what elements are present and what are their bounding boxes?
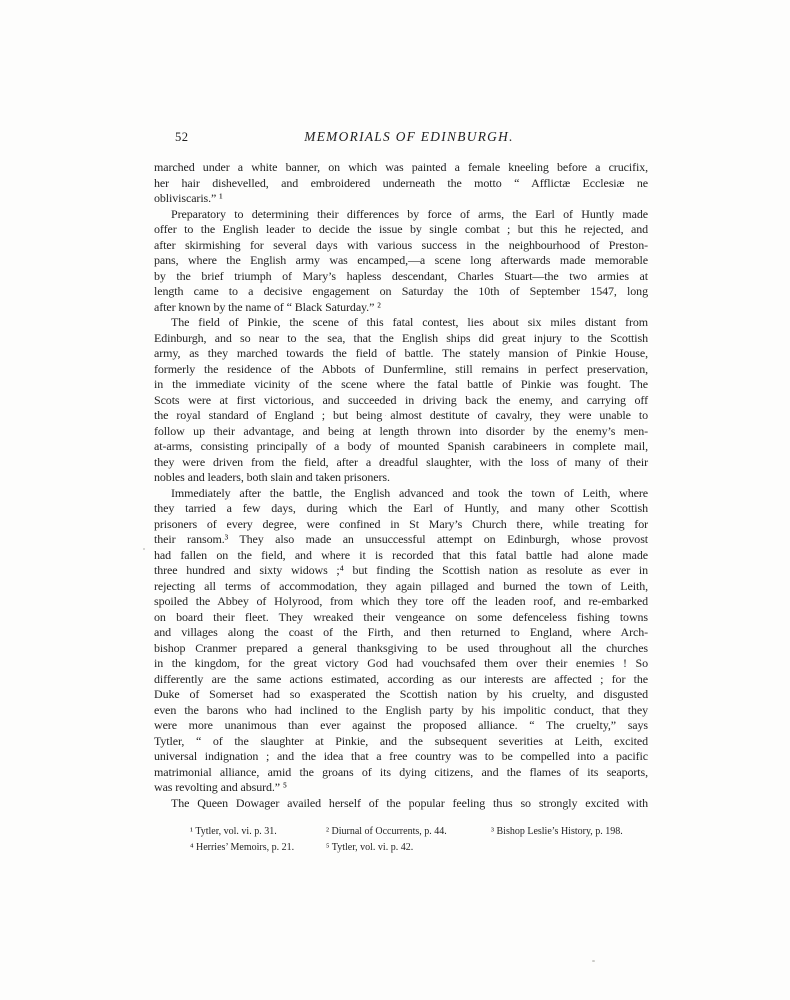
text-line: were more unanimous than ever against th…: [154, 718, 648, 734]
paragraph: Preparatory to determining their differe…: [154, 207, 648, 316]
text-line: their ransom.³ They also made an unsucce…: [154, 532, 648, 548]
text-line: Duke of Somerset had so exasperated the …: [154, 687, 648, 703]
footnote-row: ¹ Tytler, vol. vi. p. 31.² Diurnal of Oc…: [154, 824, 648, 840]
text-line: length came to a decisive engagement on …: [154, 284, 648, 300]
text-line: Immediately after the battle, the Englis…: [154, 486, 648, 502]
text-line: Edinburgh, and so near to the sea, that …: [154, 331, 648, 347]
text-line: on board their fleet. They wreaked their…: [154, 610, 648, 626]
text-line: The Queen Dowager availed herself of the…: [154, 796, 648, 812]
footnote: ² Diurnal of Occurrents, p. 44.: [326, 824, 491, 840]
text-line: Scots were at first victorious, and succ…: [154, 393, 648, 409]
text-line: and villages along the coast of the Firt…: [154, 625, 648, 641]
paragraph: Immediately after the battle, the Englis…: [154, 486, 648, 796]
footnote: ³ Bishop Leslie’s History, p. 198.: [491, 824, 648, 840]
page-header: 52 MEMORIALS OF EDINBURGH.: [154, 129, 648, 145]
text-line: Preparatory to determining their differe…: [154, 207, 648, 223]
text-line: nobles and leaders, both slain and taken…: [154, 470, 648, 486]
footnote: ⁵ Tytler, vol. vi. p. 42.: [326, 840, 491, 856]
paragraph: The Queen Dowager availed herself of the…: [154, 796, 648, 812]
text-line: they were driven from the field, after a…: [154, 455, 648, 471]
text-line: they tarried a few days, during which th…: [154, 501, 648, 517]
text-line: rejecting all terms of accommodation, th…: [154, 579, 648, 595]
footnote: ¹ Tytler, vol. vi. p. 31.: [190, 824, 326, 840]
text-line: spoiled the Abbey of Holyrood, from whic…: [154, 594, 648, 610]
paragraph: The field of Pinkie, the scene of this f…: [154, 315, 648, 486]
text-line: obliviscaris.” ¹: [154, 191, 648, 207]
text-line: follow up their advantage, and being at …: [154, 424, 648, 440]
text-line: after skirmishing for several days with …: [154, 238, 648, 254]
footnote: ⁴ Herries’ Memoirs, p. 21.: [190, 840, 326, 856]
page-number: 52: [175, 129, 189, 145]
text-line: bishop Cranmer prepared a general thanks…: [154, 641, 648, 657]
text-line: prisoners of every degree, were confined…: [154, 517, 648, 533]
book-page: 52 MEMORIALS OF EDINBURGH. marched under…: [0, 0, 790, 1000]
text-line: army, as they marched towards the field …: [154, 346, 648, 362]
text-line: in the immediate vicinity of the scene w…: [154, 377, 648, 393]
text-line: had fallen on the field, and where it is…: [154, 548, 648, 564]
scan-speck: [592, 960, 595, 962]
footnote-row: ⁴ Herries’ Memoirs, p. 21.⁵ Tytler, vol.…: [154, 840, 648, 856]
footnotes: ¹ Tytler, vol. vi. p. 31.² Diurnal of Oc…: [154, 824, 648, 856]
text-block: marched under a white banner, on which w…: [154, 160, 648, 811]
text-line: three hundred and sixty widows ;⁴ but fi…: [154, 563, 648, 579]
scan-speck: [143, 548, 145, 550]
text-line: formerly the residence of the Abbots of …: [154, 362, 648, 378]
text-line: pans, where the English army was encampe…: [154, 253, 648, 269]
text-line: after known by the name of “ Black Satur…: [154, 300, 648, 316]
text-line: universal indignation ; and the idea tha…: [154, 749, 648, 765]
text-line: offer to the English leader to decide th…: [154, 222, 648, 238]
text-line: differently are the same actions estimat…: [154, 672, 648, 688]
text-line: at-arms, consisting principally of a bod…: [154, 439, 648, 455]
text-line: her hair dishevelled, and embroidered un…: [154, 176, 648, 192]
scan-speck: [575, 563, 576, 564]
running-title: MEMORIALS OF EDINBURGH.: [304, 129, 514, 145]
text-line: by the brief triumph of Mary’s hapless d…: [154, 269, 648, 285]
text-line: the royal standard of England ; but bein…: [154, 408, 648, 424]
paragraph: marched under a white banner, on which w…: [154, 160, 648, 207]
text-line: even the barons who had inclined to the …: [154, 703, 648, 719]
text-line: matrimonial alliance, amid the groans of…: [154, 765, 648, 781]
text-line: marched under a white banner, on which w…: [154, 160, 648, 176]
scan-speck: [385, 415, 386, 416]
text-line: in the kingdom, for the great victory Go…: [154, 656, 648, 672]
text-line: was revolting and absurd.” ⁵: [154, 780, 648, 796]
text-line: The field of Pinkie, the scene of this f…: [154, 315, 648, 331]
text-line: Tytler, “ of the slaughter at Pinkie, an…: [154, 734, 648, 750]
